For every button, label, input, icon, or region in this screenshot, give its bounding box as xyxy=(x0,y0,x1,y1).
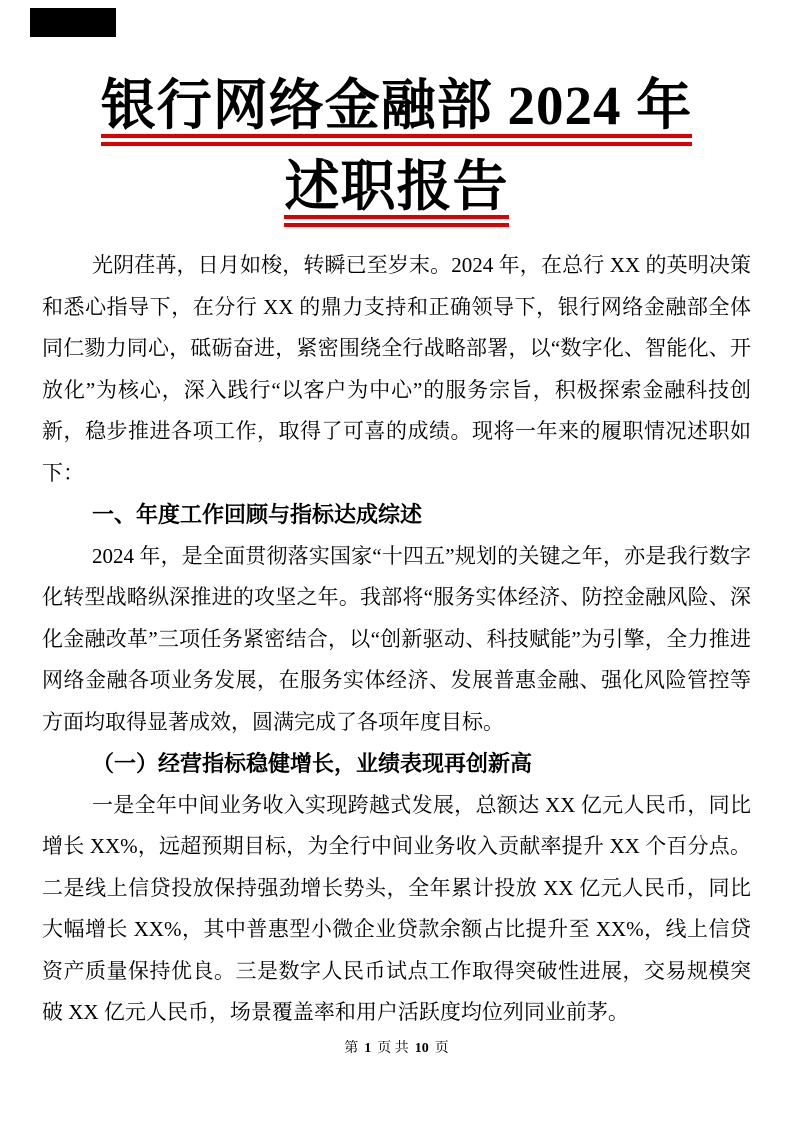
footer-prefix: 第 xyxy=(344,1040,358,1058)
footer-total-pages: 10 xyxy=(415,1040,429,1058)
footer-suffix: 页 xyxy=(435,1040,449,1058)
title-underline-1: 银行网络金融部 2024 年 xyxy=(101,78,693,146)
title-text-2: 述职报告 xyxy=(284,159,508,219)
paragraph-intro: 光阴荏苒，日月如梭，转瞬已至岁末。2024 年，在总行 XX 的英明决策和悉心指… xyxy=(42,245,751,494)
document-title: 银行网络金融部 2024 年 述职报告 xyxy=(0,0,793,227)
title-underline-2: 述职报告 xyxy=(284,159,508,227)
title-line-2: 述职报告 xyxy=(0,159,793,227)
paragraph-overview: 2024 年，是全面贯彻落实国家“十四五”规划的关键之年，亦是我行数字化转型战略… xyxy=(42,536,751,744)
footer-mid: 页 共 xyxy=(377,1040,409,1058)
redaction-box xyxy=(30,8,116,37)
document-page: 银行网络金融部 2024 年 述职报告 光阴荏苒，日月如梭，转瞬已至岁末。202… xyxy=(0,0,793,1122)
title-text-1: 银行网络金融部 2024 年 xyxy=(101,78,693,138)
footer-current-page: 1 xyxy=(364,1040,371,1058)
paragraph-achievements: 一是全年中间业务收入实现跨越式发展，总额达 XX 亿元人民币，同比增长 XX%，… xyxy=(42,785,751,1034)
document-body: 光阴荏苒，日月如梭，转瞬已至岁末。2024 年，在总行 XX 的英明决策和悉心指… xyxy=(42,245,751,1034)
page-number-footer: 第 1 页 共 10 页 xyxy=(0,1040,793,1058)
title-line-1: 银行网络金融部 2024 年 xyxy=(0,78,793,146)
subsection-heading-1: （一）经营指标稳健增长，业绩表现再创新高 xyxy=(42,743,751,785)
section-heading-1: 一、年度工作回顾与指标达成综述 xyxy=(42,494,751,536)
